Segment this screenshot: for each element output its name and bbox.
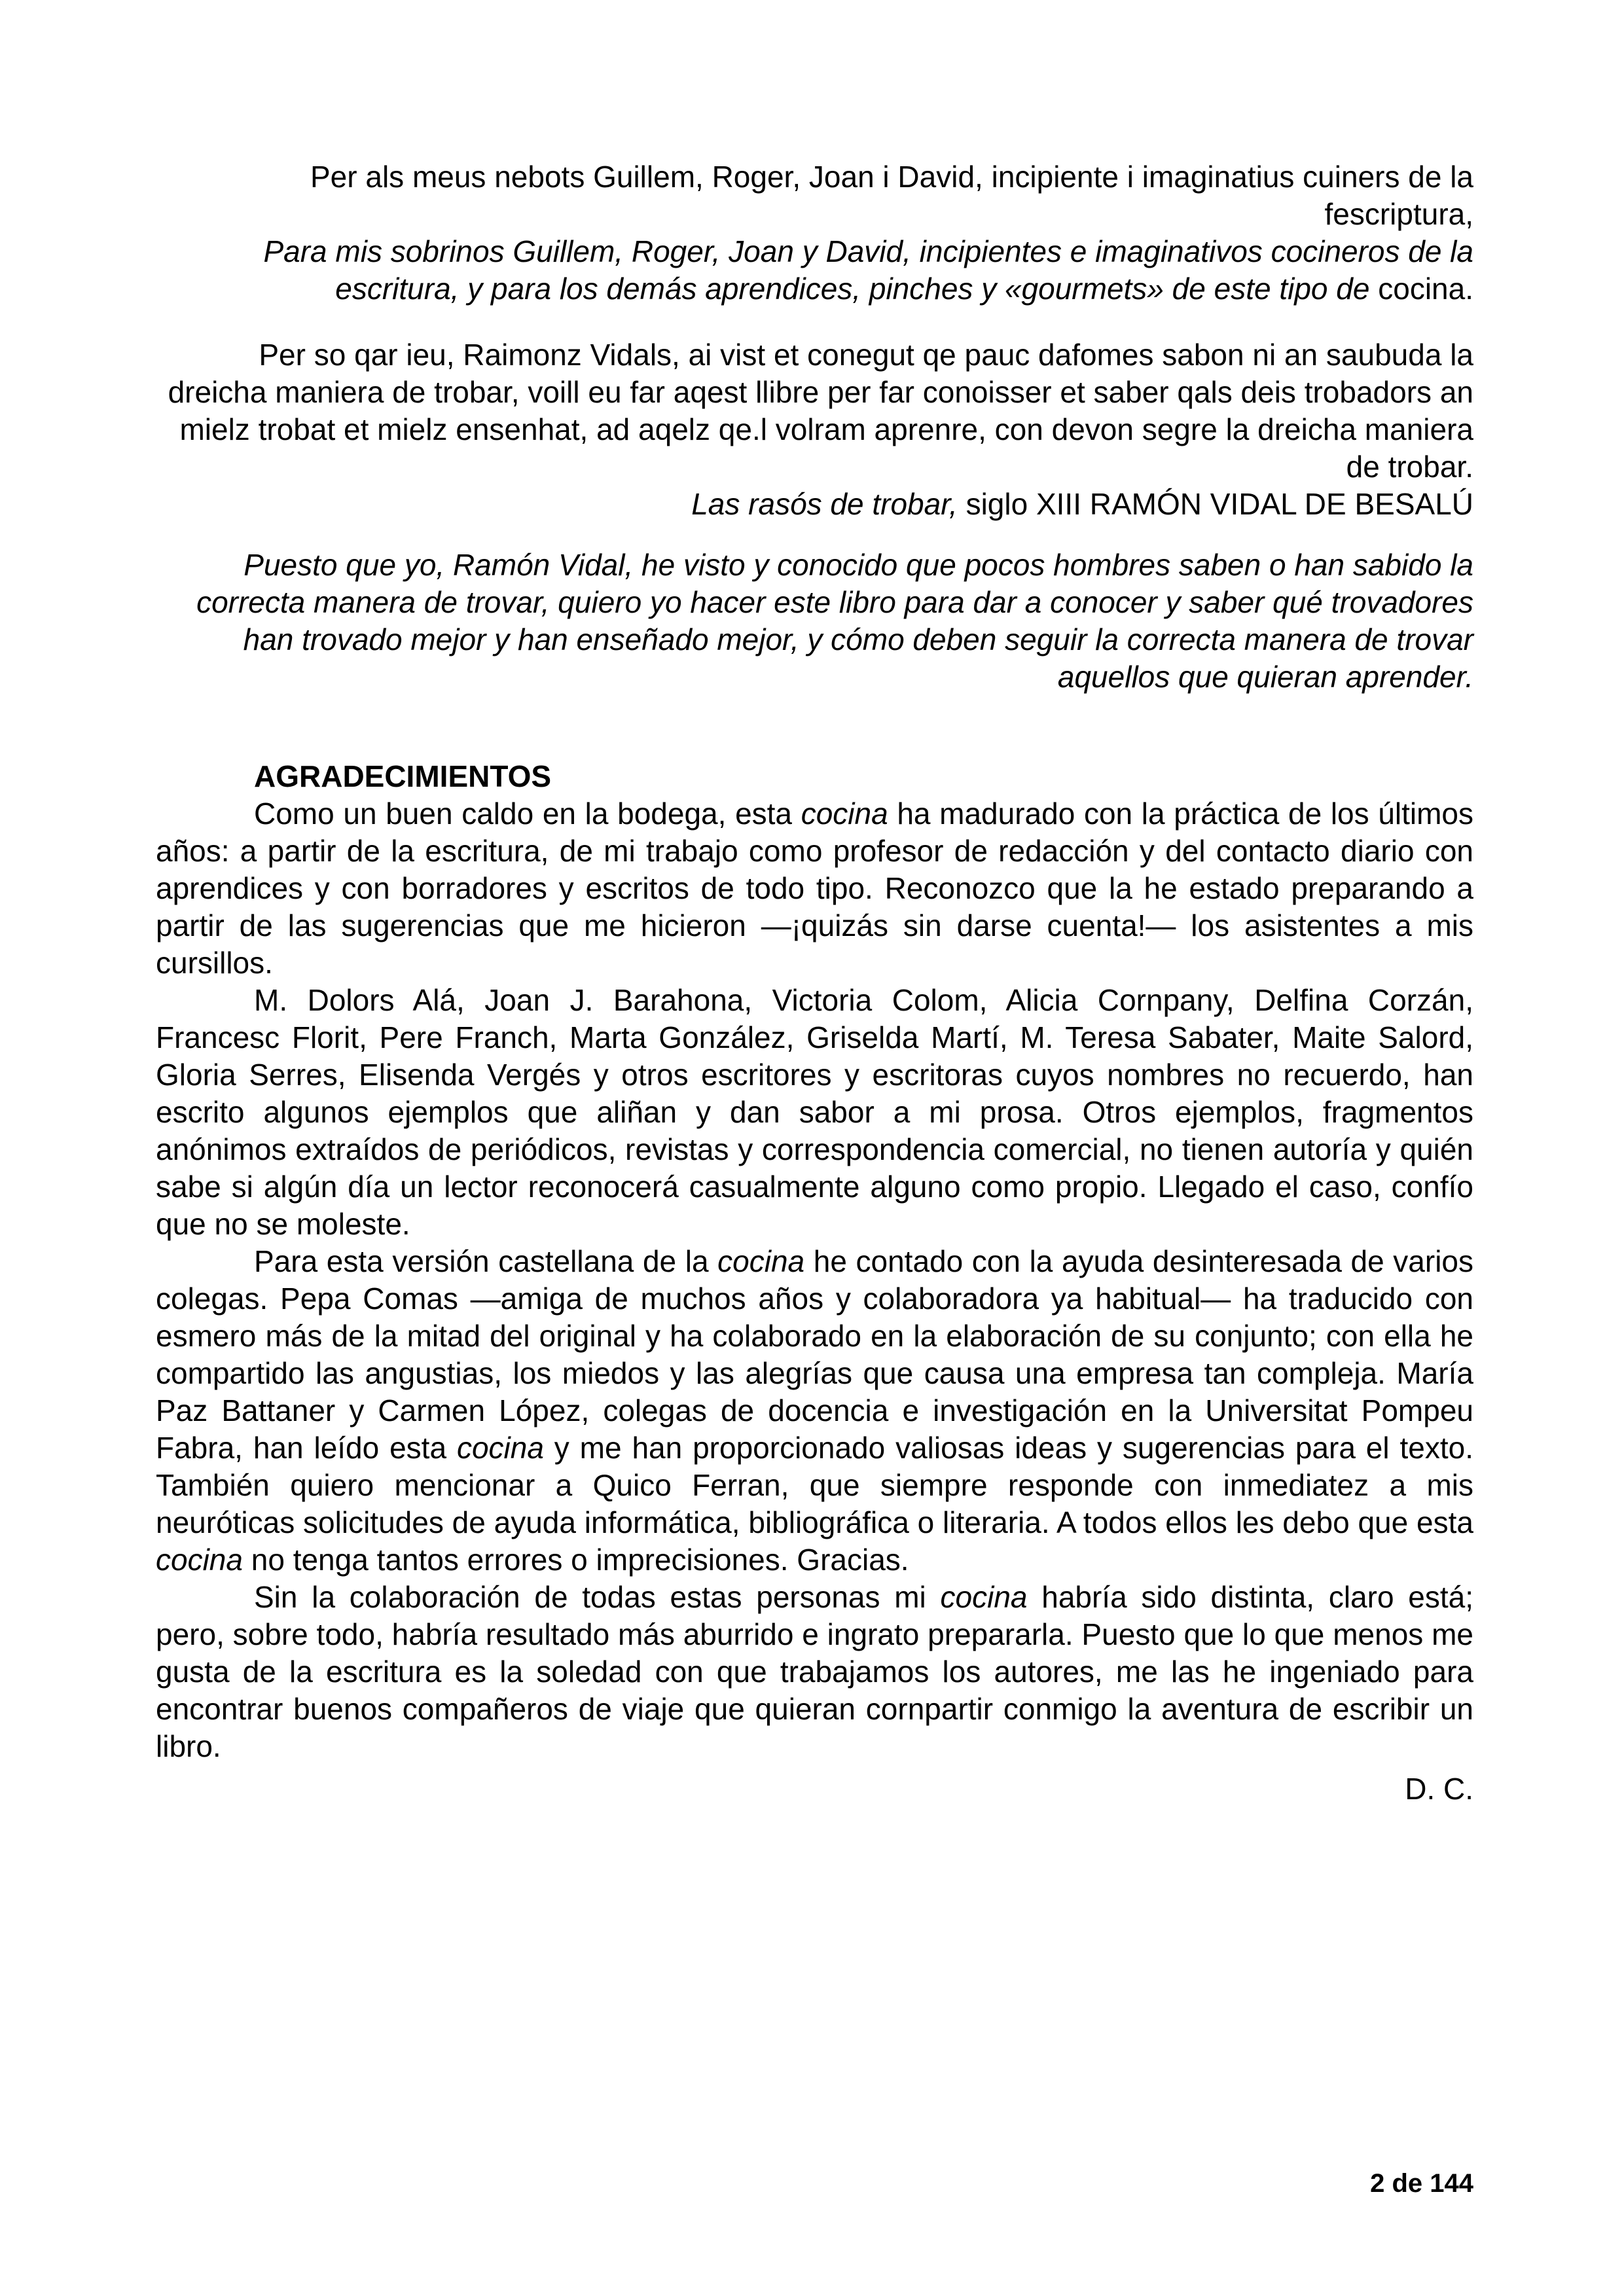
author-initials: D. C.	[156, 1770, 1473, 1808]
dedication-catalan: Per als meus nebots Guillem, Roger, Joan…	[156, 158, 1473, 233]
acknowledgements-paragraph-1: Como un buen caldo en la bodega, esta co…	[156, 795, 1473, 982]
text-run: Para mis sobrinos Guillem, Roger, Joan y…	[263, 234, 1473, 306]
acknowledgements-paragraph-3: Para esta versión castellana de la cocin…	[156, 1243, 1473, 1579]
page-content: Per als meus nebots Guillem, Roger, Joan…	[156, 158, 1473, 1808]
text-run: Per als meus nebots Guillem, Roger, Joan…	[310, 160, 1473, 231]
section-heading-agradecimientos: AGRADECIMIENTOS	[254, 758, 1473, 795]
dedication-spanish: Para mis sobrinos Guillem, Roger, Joan y…	[156, 233, 1473, 308]
text-run: cocina	[801, 797, 888, 831]
acknowledgements-paragraph-2: M. Dolors Alá, Joan J. Barahona, Victori…	[156, 982, 1473, 1243]
text-run: cocina.	[1378, 272, 1473, 306]
text-run: no tenga tantos errores o imprecisiones.…	[243, 1543, 909, 1577]
text-run: Per so qar ieu, Raimonz Vidals, ai vist …	[168, 338, 1473, 484]
text-run: cocina	[156, 1543, 243, 1577]
acknowledgements-paragraph-4: Sin la colaboración de todas estas perso…	[156, 1579, 1473, 1765]
page-number: 2 de 144	[156, 2168, 1473, 2199]
document-page: Per als meus nebots Guillem, Roger, Joan…	[0, 0, 1624, 2296]
text-run: siglo XIII RAMÓN VIDAL DE BESALÚ	[958, 487, 1473, 521]
text-run: Sin la colaboración de todas estas perso…	[254, 1580, 941, 1614]
text-run: Puesto que yo, Ramón Vidal, he visto y c…	[196, 548, 1473, 694]
text-run: cocina	[457, 1431, 544, 1465]
text-run: Como un buen caldo en la bodega, esta	[254, 797, 801, 831]
text-run: Las rasós de trobar,	[691, 487, 958, 521]
epigraph-spanish-translation: Puesto que yo, Ramón Vidal, he visto y c…	[156, 547, 1473, 696]
epigraph-attribution: Las rasós de trobar, siglo XIII RAMÓN VI…	[156, 486, 1473, 523]
text-run: cocina	[717, 1244, 804, 1278]
text-run: cocina	[941, 1580, 1028, 1614]
text-run: M. Dolors Alá, Joan J. Barahona, Victori…	[156, 983, 1473, 1241]
text-run: Para esta versión castellana de la	[254, 1244, 717, 1278]
epigraph-occitan: Per so qar ieu, Raimonz Vidals, ai vist …	[156, 336, 1473, 486]
